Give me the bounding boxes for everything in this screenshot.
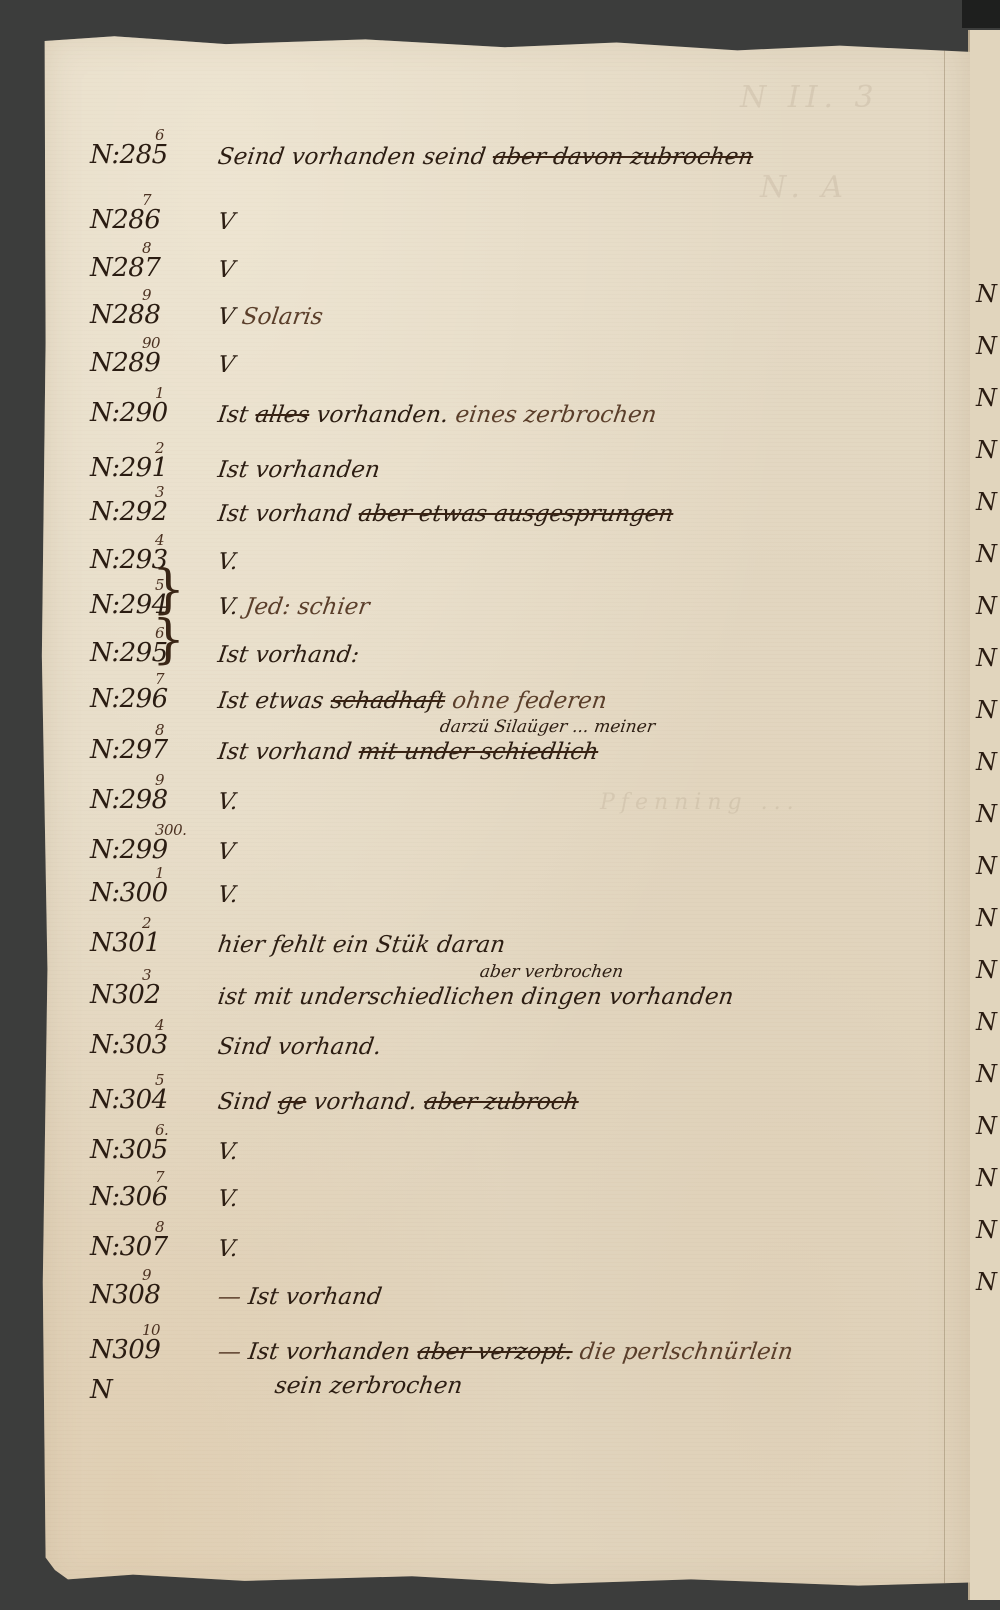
entry-number-correction: 7 <box>155 1168 164 1186</box>
entry-number-text: N:300 <box>90 878 168 908</box>
entry-remark: V. <box>216 789 240 815</box>
ledger-entry: N:3078V. <box>40 1232 940 1272</box>
facing-page-mark: N <box>976 384 997 412</box>
entry-number: N28990 <box>90 348 160 378</box>
bracket-294-295: } <box>152 610 185 670</box>
later-addition: Jed: schier <box>243 594 371 620</box>
entry-number-text: N286 <box>90 205 160 235</box>
entry-status: Ist vorhanden <box>246 1339 411 1365</box>
entry-remark: V. <box>216 1186 240 1212</box>
entry-status: Ist vorhand: <box>216 642 361 668</box>
entry-number-text: N287 <box>90 253 160 283</box>
entry-number-text: N289 <box>90 348 160 378</box>
entry-number: N:3056. <box>90 1135 168 1165</box>
entry-status: hier fehlt ein Stük daran <box>216 932 507 958</box>
ledger-entry: N3089— Ist vorhand <box>40 1280 940 1320</box>
ledger-entry: N:3067V. <box>40 1182 940 1222</box>
entry-remark: V. <box>216 1236 240 1262</box>
ledger-entry: N:3001V. <box>40 878 940 918</box>
entry-status: Seind vorhanden <box>216 144 418 170</box>
facing-page-mark: N <box>976 332 997 360</box>
entry-number: N:2989 <box>90 785 168 815</box>
entry-status: V <box>216 257 236 283</box>
entry-number-text: N:297 <box>90 735 168 765</box>
struck-text: alles <box>254 402 311 428</box>
entry-status: ist mit underschiedlichen dingen vorhand… <box>216 984 735 1010</box>
entry-number-text: N309 <box>90 1335 160 1365</box>
entry-remark: — Ist vorhand <box>216 1284 383 1310</box>
entry-number: N:299300. <box>90 835 168 865</box>
facing-page-mark: N <box>976 540 997 568</box>
facing-page-mark: N <box>976 696 997 724</box>
entry-remark: Ist vorhanden <box>216 457 381 483</box>
entry-number-correction: 1 <box>155 384 164 402</box>
entry-remark: V Solaris <box>216 304 324 330</box>
bleed-through-text: N II. 3 <box>740 80 880 115</box>
struck-text: aber zubroch <box>422 1089 580 1115</box>
ledger-entry: N2878V <box>40 253 940 293</box>
manuscript-scan: N II. 3 N. A Pfenning ... N:2856Seind vo… <box>0 0 1000 1610</box>
struck-text: aber etwas ausgesprungen <box>357 501 675 527</box>
entry-status: V <box>216 304 236 330</box>
facing-page-mark: N <box>976 488 997 516</box>
facing-page-mark: N <box>976 1216 997 1244</box>
entry-number-correction: 3 <box>155 483 164 501</box>
facing-page-mark: N <box>976 280 997 308</box>
entry-remark: Sind ge vorhand. aber zubroch <box>216 1089 580 1115</box>
entry-continuation: vorhanden. <box>315 402 450 428</box>
entry-number: N:3045 <box>90 1085 168 1115</box>
ledger-entry: N:3045Sind ge vorhand. aber zubroch <box>40 1085 940 1125</box>
ledger-entry: N:2856Seind vorhanden seind aber davon z… <box>40 140 940 180</box>
entry-status: V. <box>216 789 240 815</box>
facing-page-mark: N <box>976 904 997 932</box>
manuscript-page: N II. 3 N. A Pfenning ... N:2856Seind vo… <box>40 30 970 1595</box>
entry-number-correction: 8 <box>142 239 151 257</box>
ledger-entry: N:299300.V <box>40 835 940 875</box>
entry-status: V <box>216 352 236 378</box>
facing-page-mark: N <box>976 852 997 880</box>
entry-remark: Ist vorhand aber etwas ausgesprungen <box>216 501 675 527</box>
entry-status: Ist vorhand <box>246 1284 383 1310</box>
entry-remark: V. Jed: schier <box>216 594 371 620</box>
entry-number: N3012 <box>90 928 160 958</box>
entry-number: N2878 <box>90 253 160 283</box>
entry-number-correction: 1 <box>155 864 164 882</box>
entry-continuation: vorhand. <box>312 1089 419 1115</box>
entry-dash: — <box>216 1284 243 1310</box>
facing-page-mark: N <box>976 592 997 620</box>
entry-remark: V <box>216 839 236 865</box>
entry-number-text: N <box>90 1375 112 1405</box>
entry-number-correction: 9 <box>155 771 164 789</box>
entry-remark: Ist vorhand mit under schiedlich <box>216 739 600 765</box>
ledger-entry: N:2912Ist vorhanden <box>40 453 940 493</box>
entry-status: V. <box>216 882 240 908</box>
entry-continuation: seind <box>421 144 487 170</box>
entry-status: V. <box>216 549 240 575</box>
entry-number: N:2901 <box>90 398 168 428</box>
interlinear-note: aber verbrochen <box>479 962 625 982</box>
entry-number: N:3001 <box>90 878 168 908</box>
entry-number-text: N:307 <box>90 1232 168 1262</box>
entry-remark: Sind vorhand. <box>216 1034 383 1060</box>
struck-text: ge <box>276 1089 308 1115</box>
entry-status: Sind <box>216 1089 272 1115</box>
entry-status: Ist <box>216 402 250 428</box>
ledger-entry: N28990V <box>40 348 940 388</box>
interlinear-note: darzü Silaüger ... meiner <box>439 717 657 737</box>
entry-number: N:2912 <box>90 453 168 483</box>
entry-number-correction: 9 <box>142 286 151 304</box>
facing-page-mark: N <box>976 956 997 984</box>
facing-page-mark: N <box>976 748 997 776</box>
ledger-entry: N:2923Ist vorhand aber etwas ausgesprung… <box>40 497 940 537</box>
entry-number-correction: 4 <box>155 531 164 549</box>
struck-text: schadhaft <box>329 688 447 714</box>
entry-dash: — <box>216 1339 243 1365</box>
facing-page-mark: N <box>976 436 997 464</box>
entry-number-text: N:285 <box>90 140 168 170</box>
entry-remark: V. <box>216 549 240 575</box>
entry-number-correction: 4 <box>155 1016 164 1034</box>
entry-remark: V <box>216 352 236 378</box>
entry-status: Ist vorhanden <box>216 457 381 483</box>
entry-number-text: N308 <box>90 1280 160 1310</box>
entry-remark: Ist alles vorhanden. eines zerbrochen <box>216 402 658 428</box>
entry-status: V. <box>216 1236 240 1262</box>
facing-page-mark: N <box>976 1008 997 1036</box>
later-addition: ohne federen <box>451 688 609 714</box>
entry-number-text: N288 <box>90 300 160 330</box>
entry-status: Ist vorhand <box>216 739 353 765</box>
entry-number-correction: 7 <box>155 670 164 688</box>
entry-remark: Seind vorhanden seind aber davon zubroch… <box>216 144 755 170</box>
facing-page-mark: N <box>976 1112 997 1140</box>
entry-number-correction: 6. <box>155 1121 168 1139</box>
entry-remark: V. <box>216 1139 240 1165</box>
ledger-entry: N:3056.V. <box>40 1135 940 1175</box>
entry-number-correction: 10 <box>142 1321 160 1339</box>
entry-status: Ist etwas <box>216 688 325 714</box>
entry-remark: Ist vorhand: <box>216 642 361 668</box>
entry-number-correction: 9 <box>142 1266 151 1284</box>
entry-number: N2867 <box>90 205 160 235</box>
entry-number: N <box>90 1375 112 1405</box>
struck-text: aber davon zubrochen <box>491 144 755 170</box>
entry-number-text: N301 <box>90 928 160 958</box>
later-addition: Solaris <box>240 304 324 330</box>
entry-number-text: N302 <box>90 980 160 1010</box>
ledger-entry: N2867V <box>40 205 940 245</box>
later-addition: eines zerbrochen <box>454 402 659 428</box>
ledger-entry: N:2901Ist alles vorhanden. eines zerbroc… <box>40 398 940 438</box>
entry-number-text: N:296 <box>90 684 168 714</box>
entry-number-text: N:291 <box>90 453 168 483</box>
entry-number-correction: 2 <box>142 914 151 932</box>
entry-status: V. <box>216 1139 240 1165</box>
entry-number-text: N:305 <box>90 1135 168 1165</box>
facing-page-mark: N <box>976 1164 997 1192</box>
entry-number: N:3034 <box>90 1030 168 1060</box>
entry-number: N:2923 <box>90 497 168 527</box>
entry-number-correction: 8 <box>155 1218 164 1236</box>
entry-remark: hier fehlt ein Stük daran <box>216 932 507 958</box>
entry-number-text: N:303 <box>90 1030 168 1060</box>
entry-number-text: N:298 <box>90 785 168 815</box>
entry-number-text: N:304 <box>90 1085 168 1115</box>
entry-remark: ist mit underschiedlichen dingen vorhand… <box>216 984 735 1010</box>
entry-number-correction: 8 <box>155 721 164 739</box>
ledger-entry: N:3034Sind vorhand. <box>40 1030 940 1070</box>
entry-number: N3089 <box>90 1280 160 1310</box>
facing-page-mark: N <box>976 644 997 672</box>
facing-page-mark: N <box>976 800 997 828</box>
ledger-entry: N30910— Ist vorhanden aber verzopt. die … <box>40 1335 940 1375</box>
entry-remark: — Ist vorhanden aber verzopt. die perlsc… <box>216 1339 795 1365</box>
struck-text: mit under schiedlich <box>357 739 600 765</box>
entry-status: Sind vorhand. <box>216 1034 383 1060</box>
entry-number-correction: 90 <box>142 334 160 352</box>
entry-status: V <box>216 209 236 235</box>
entry-number-correction: 7 <box>142 191 151 209</box>
entry-remark: Ist etwas schadhaft ohne federen <box>216 688 608 714</box>
entry-number-correction: 3 <box>142 966 151 984</box>
entry-number-correction: 300. <box>155 821 186 839</box>
entry-number-text: N:306 <box>90 1182 168 1212</box>
ledger-entry: Nsein zerbrochen <box>40 1375 940 1415</box>
entry-status: V. <box>216 594 240 620</box>
entry-number: N:3067 <box>90 1182 168 1212</box>
entry-number-text: N:290 <box>90 398 168 428</box>
entry-status: V. <box>216 1186 240 1212</box>
entry-number: N3023 <box>90 980 160 1010</box>
fold-line <box>944 30 945 1595</box>
entry-number: N2889 <box>90 300 160 330</box>
facing-page-mark: N <box>976 1060 997 1088</box>
entry-remark: V. <box>216 882 240 908</box>
entry-number-correction: 6 <box>155 126 164 144</box>
entry-number: N30910 <box>90 1335 160 1365</box>
continuation-line: sein zerbrochen <box>273 1373 464 1399</box>
entry-number: N:2967 <box>90 684 168 714</box>
ledger-entry: N:2989V. <box>40 785 940 825</box>
ledger-entry: N:2978Ist vorhand mit under schiedlichda… <box>40 735 940 775</box>
entry-number-correction: 5 <box>155 1071 164 1089</box>
entry-number-correction: 2 <box>155 439 164 457</box>
entry-number: N:2978 <box>90 735 168 765</box>
later-addition: die perlschnürlein <box>578 1339 795 1365</box>
entry-number-text: N:299 <box>90 835 168 865</box>
entry-number: N:2856 <box>90 140 168 170</box>
struck-text: aber verzopt. <box>416 1339 575 1365</box>
entry-status: Ist vorhand <box>216 501 353 527</box>
entry-number: N:3078 <box>90 1232 168 1262</box>
ledger-entry: N2889V Solaris <box>40 300 940 340</box>
entry-number-text: N:292 <box>90 497 168 527</box>
entry-remark: V <box>216 209 236 235</box>
facing-page-mark: N <box>976 1268 997 1296</box>
entry-status: V <box>216 839 236 865</box>
ledger-entry: N3023ist mit underschiedlichen dingen vo… <box>40 980 940 1020</box>
entry-remark: V <box>216 257 236 283</box>
binding-shadow <box>962 0 1000 28</box>
